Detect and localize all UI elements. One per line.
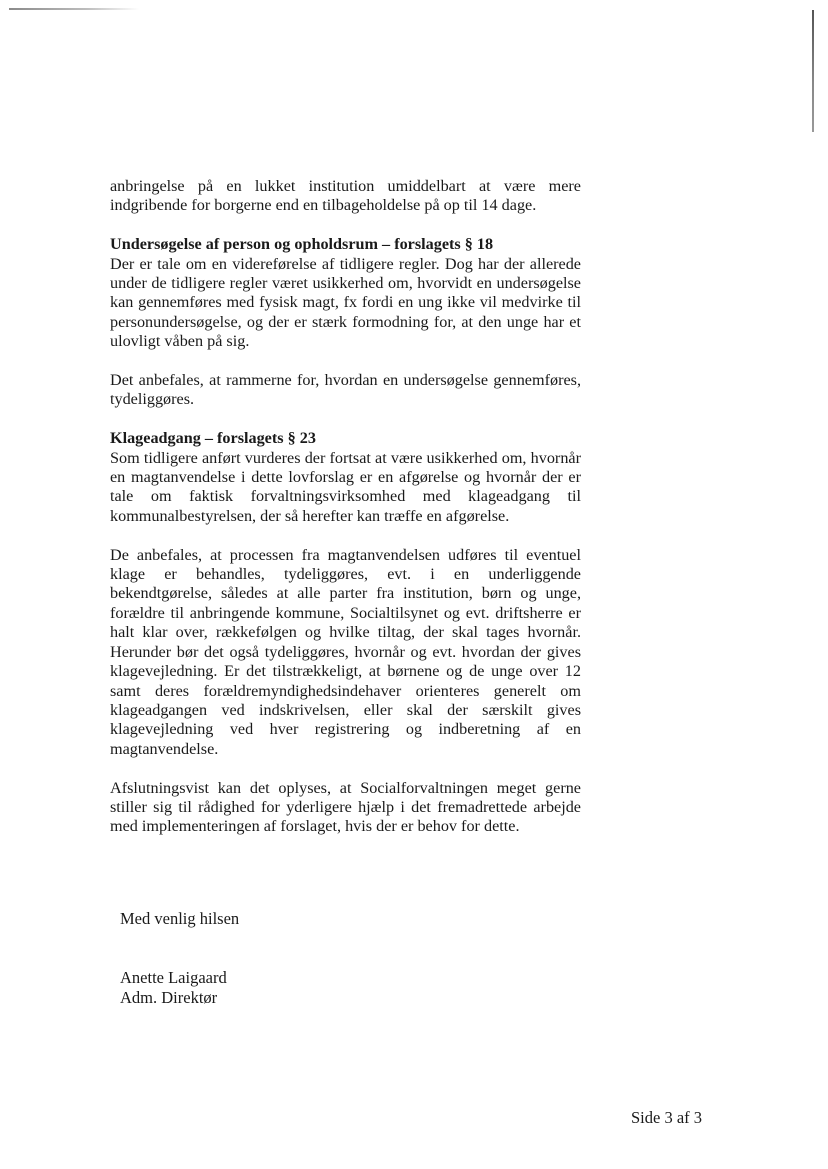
intro-paragraph: anbringelse på en lukket institution umi… bbox=[110, 177, 581, 216]
scan-artifact-right-line bbox=[812, 10, 814, 132]
paragraph: Der er tale om en videreførelse af tidli… bbox=[110, 255, 581, 352]
paragraph: Som tidligere anført vurderes der fortsa… bbox=[110, 449, 581, 527]
signature-block: Anette Laigaard Adm. Direktør bbox=[120, 968, 227, 1008]
section-heading-undersoegelse: Undersøgelse af person og opholdsrum – f… bbox=[110, 235, 581, 254]
paragraph: Det anbefales, at rammerne for, hvordan … bbox=[110, 371, 581, 410]
signature-title: Adm. Direktør bbox=[120, 988, 227, 1008]
paragraph: De anbefales, at processen fra magtanven… bbox=[110, 546, 581, 759]
page-number: Side 3 af 3 bbox=[631, 1108, 702, 1128]
closing-salutation: Med venlig hilsen bbox=[120, 909, 239, 929]
paragraph: Afslutningsvist kan det oplyses, at Soci… bbox=[110, 779, 581, 837]
scan-artifact-top-line bbox=[9, 8, 139, 10]
section-heading-klageadgang: Klageadgang – forslagets § 23 bbox=[110, 429, 581, 448]
document-body: anbringelse på en lukket institution umi… bbox=[110, 177, 581, 837]
signature-name: Anette Laigaard bbox=[120, 968, 227, 988]
